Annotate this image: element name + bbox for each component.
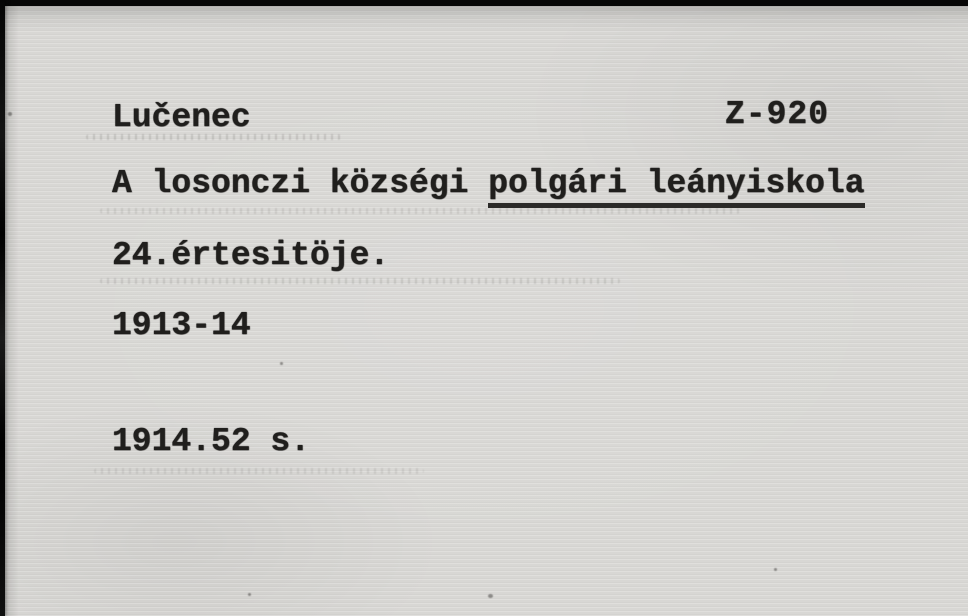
scan-speck xyxy=(248,593,251,596)
scan-edge-top-shadow xyxy=(0,6,968,32)
imprint-line: 1914.52 s. xyxy=(112,425,310,458)
place-heading: Lučenec xyxy=(112,101,251,134)
scan-smudge xyxy=(86,134,341,140)
call-number: Z-920 xyxy=(725,98,829,131)
scan-speck xyxy=(774,568,777,571)
scan-speck xyxy=(8,112,12,116)
scan-smudge xyxy=(100,278,620,284)
edition-line: 24.értesitöje. xyxy=(112,239,389,272)
scan-speck xyxy=(280,362,283,365)
scan-speck xyxy=(488,594,493,598)
title-line: A losonczi községi polgári leányiskola xyxy=(112,167,865,200)
title-prefix: A losonczi községi xyxy=(112,165,488,202)
title-underlined: polgári leányiskola xyxy=(488,165,864,208)
years-line: 1913-14 xyxy=(112,309,251,342)
scanned-catalog-card: Lučenec Z-920 A losonczi községi polgári… xyxy=(0,0,968,616)
scan-edge-left-shadow xyxy=(5,0,19,616)
scan-smudge xyxy=(100,208,740,214)
scan-smudge xyxy=(94,468,424,474)
